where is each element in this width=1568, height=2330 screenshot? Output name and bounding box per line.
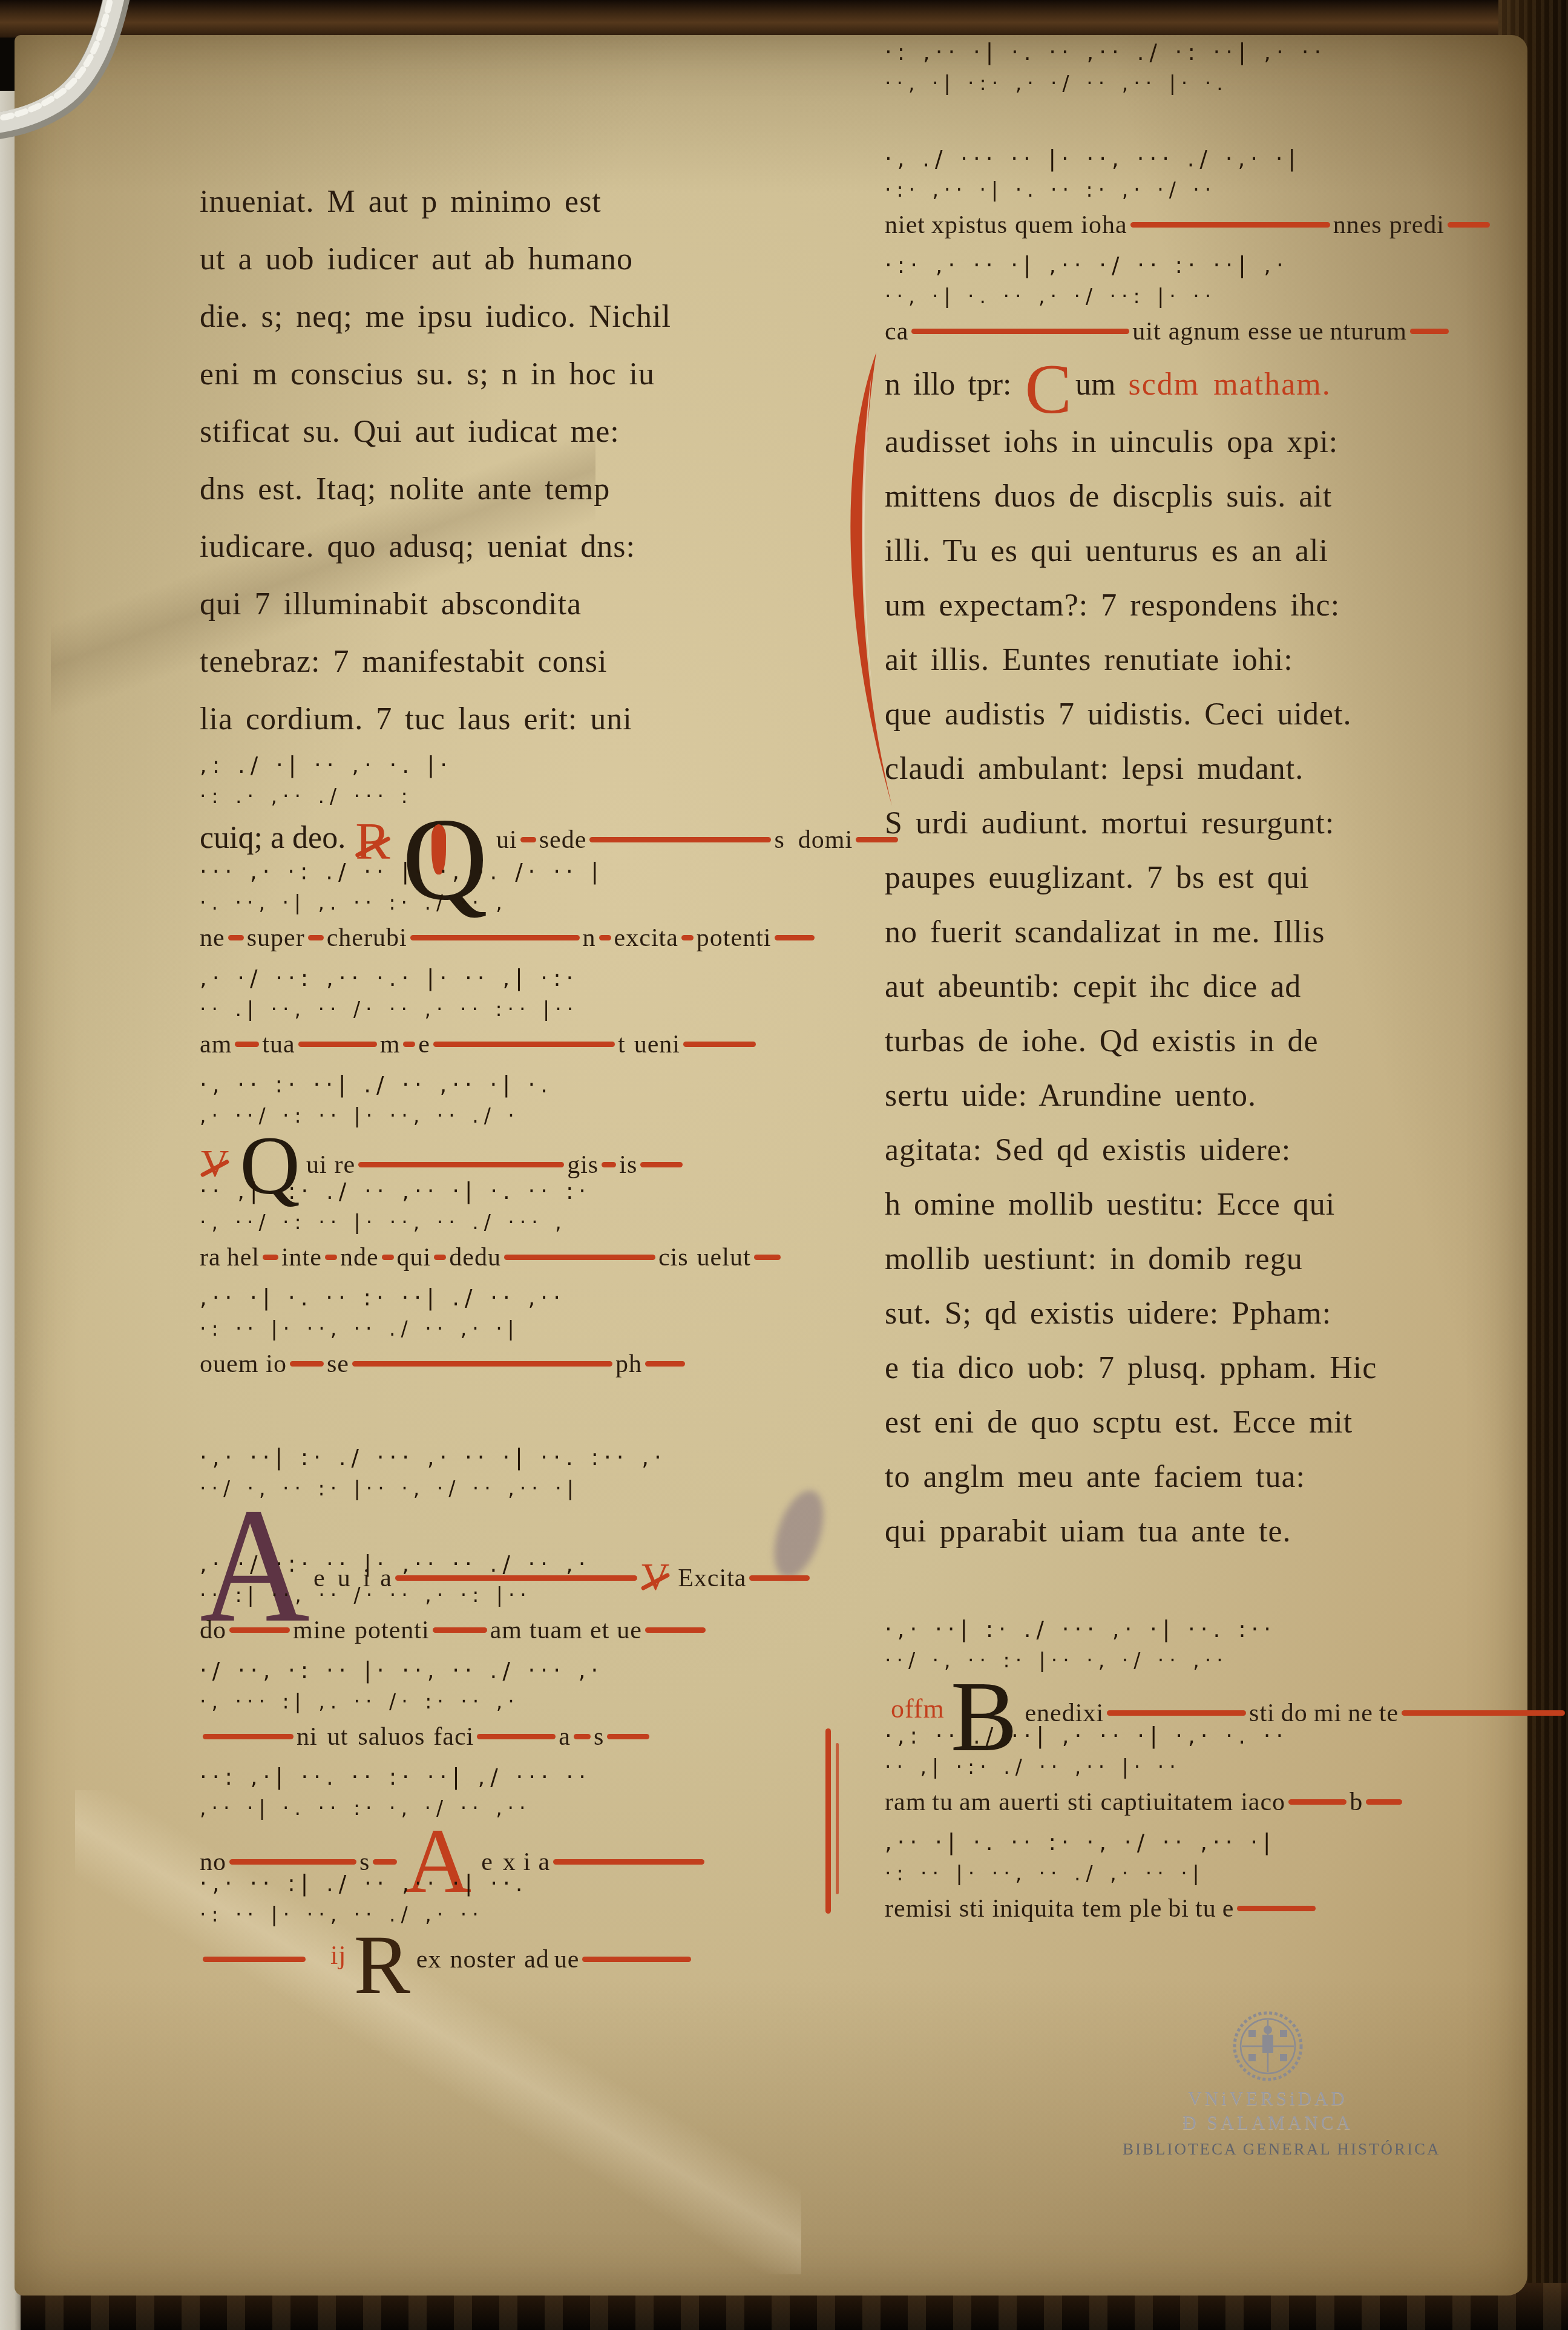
staff-extender-line [645,1627,706,1633]
manuscript-text-line: ut a uob iudicer aut ab humano [200,231,834,288]
neumes-row: ·, ··/ ·: ·· |· ··, ·· ./ ··· , [200,1209,834,1239]
chant-syllable: ph [615,1350,642,1378]
chant-system: ·,· ··| :· ./ ··· ,· ·· ·| ··. :·· ,· ··… [200,1387,834,1547]
chant-syllable: faci [433,1723,474,1751]
spacing-gap [985,1915,992,1917]
right-text-column: ·: ,·· ·| ·. ·· ,·· ./ ·: ··| ,· ·· ··, … [885,35,1514,1932]
manuscript-text-line: e tia dico uob: 7 plusq. ppham. Hic [885,1341,1514,1396]
chant-syllable: tu [1195,1895,1216,1923]
staff-extender-line [410,935,580,940]
staff-extender-line [290,1361,324,1367]
stamp-university-name-2: Đ SALAMANCA [1123,2112,1413,2134]
chant-syllable-line: cuiq; a deo.RQuisedesdomi [200,813,834,855]
chant-system: ··: ,·| ··. ·· :· ··| ,/ ··· ·· ,·· ·| ·… [200,1760,834,1866]
stamp-university-name: VNiVERSiDAD [1123,2088,1413,2110]
neumes-row: ·· ,| ·:· ./ ·· ,·· |· ·· [885,1754,1514,1784]
neumes-row: ·: .· ,·· ./ ··· : [200,783,834,813]
manuscript-text-line: agitata: Sed qd existis uidere: [885,1123,1514,1178]
manuscript-text-line: sertu uide: Arundine uento. [885,1069,1514,1123]
chant-syllable: iaco [1241,1788,1285,1816]
university-seal-icon [1232,2010,1304,2082]
library-stamp: VNiVERSiDAD Đ SALAMANCA BIBLIOTECA GENER… [1123,2010,1413,2159]
staff-extender-line [683,1042,756,1047]
chant-syllable: ui [496,826,517,854]
chant-syllable: tem [1082,1895,1122,1923]
chant-system: ·:· ,· ·· ·| ,·· ·/ ·· :· ··| ,· ··, ·| … [885,248,1514,355]
chant-syllable: ram [885,1788,926,1816]
chant-syllable: potenti [697,924,772,952]
chant-syllable: cherubi [327,924,407,952]
manuscript-text-line: est eni de quo scptu est. Ecce mit [885,1396,1514,1450]
chant-syllable: ca [885,318,908,346]
manuscript-text-line: h omine mollib uestitu: Ecce qui [885,1178,1514,1232]
staff-extender-line [1130,222,1330,228]
neumes-row: ·: ·· |· ··, ·· ./ ·· ,· ·| [200,1316,834,1346]
staff-extender-line [754,1255,781,1260]
spacing-gap [953,1809,959,1810]
chant-syllable: e [418,1031,430,1058]
chant-syllable: nturum [1330,318,1407,346]
manuscript-text-line: mittens duos de discplis suis. ait [885,470,1514,524]
chant-syllable: esse [1248,318,1293,346]
neumes-row: ,· ·/ ··: ,·· ·.· |· ·· ,| ·:· [200,961,834,996]
neumes-row: ·:· ,· ·· ·| ,·· ·/ ·· :· ··| ,· [885,248,1514,283]
manuscript-text-line: to anglm meu ante faciem tua: [885,1450,1514,1505]
neumes-row: ·, ·· :· ··| ./ ·· ,·· ·| ·. [200,1068,834,1103]
staff-extender-line [477,1734,556,1739]
chant-syllable-line: ramtuamauertisticaptiuitatemiacob [885,1784,1514,1825]
chant-syllable: ex [416,1946,442,1974]
chant-syllable-line: cauitagnumesseuenturum [885,313,1514,355]
chant-syllable: tua [262,1031,295,1058]
chant-syllable: ple [1129,1895,1162,1923]
column-end-filler-line [836,1743,839,1894]
spacing-gap [442,1966,450,1967]
manuscript-text-line: lia cordium. 7 tuc laus erit: uni [200,691,834,748]
decorated-initial-r: R [353,1932,410,1998]
chant-syllable-line: AeuiaVExcita [200,1506,834,1547]
staff-extender-line [602,1162,616,1167]
chant-syllable: am [200,1031,232,1058]
neumes-row: ·: ·· |· ··, ·· ./ ,· ·· ·| [885,1860,1514,1891]
staff-extender-line [1448,222,1490,228]
manuscript-text-line: dns est. Itaq; nolite ante temp [200,461,834,518]
chant-syllable: sti [959,1895,985,1923]
neumes-row: ·,· ··| :· ./ ··· ,· ·· ·| ··. :·· ,· [200,1440,834,1475]
spacing-gap [1241,338,1248,340]
manuscript-text-line: paupes euuglizant. 7 bs est qui [885,851,1514,905]
chant-syllable: nnes [1333,211,1382,239]
chant-syllable: agnum [1169,318,1241,346]
chant-syllable: ue [617,1616,642,1644]
neumes-row: ·,· ··| :· ./ ··· ,· ·| ··. :·· [885,1612,1514,1647]
staff-extender-line [1402,1710,1565,1716]
chant-syllable-line: dominepotentiamtuametue [200,1612,834,1653]
neumes-row: ·/ ··, ·: ·· |· ··, ·· ./ ··· ,· [200,1653,834,1688]
chant-syllable: ouem [200,1350,258,1378]
chant-syllable-line: nietxpistusquemiohannespredi [885,207,1514,248]
staff-extender-line [403,1042,415,1047]
chant-syllable: b [1350,1788,1363,1816]
chant-syllable: sede [539,826,587,854]
spacing-gap [689,1264,697,1265]
chant-system: ··· ,· ·: ./ ·· |· ·, ·. /· ·· | ·. ··, … [200,855,834,961]
staff-extender-line [1237,1906,1316,1911]
neumes-row: ··: ,·| ··. ·· :· ··| ,/ ··· ·· [200,1760,834,1795]
staff-extender-line [298,1042,377,1047]
chant-syllable: ni [297,1723,318,1751]
chant-system: ,·· ·| ·. ·· :· ··| ./ ·· ,·· ·: ·· |· ·… [200,1281,834,1387]
prose-prefix: cuiq; a deo. [200,821,346,855]
initial-c-rubric: C [1025,369,1072,412]
chant-syllable: am [959,1788,991,1816]
spacing-gap [327,1172,335,1173]
spacing-gap [1233,1809,1241,1810]
manuscript-text-line: iudicare. quo adusq; ueniat dns: [200,518,834,576]
chant-syllable-line: nesupercherubinexcitapotenti [200,920,834,961]
spacing-gap [258,1371,266,1372]
manuscript-text-line: stificat su. Qui aut iudicat me: [200,403,834,461]
manuscript-text-line: ait illis. Euntes renutiate iohi: [885,633,1514,688]
neumes-row: ,: ./ ·| ·· ,· ·. |· [200,748,834,783]
chant-system: ·/ ··, ·: ·· |· ··, ·· ./ ··· ,· ·, ··· … [200,1653,834,1760]
chant-syllable: s [594,1723,604,1751]
chant-system: ,· ·/ ·:· ·· |· ,·· ·· ./ ·· ,· ·· :| ··… [200,1547,834,1653]
chant-syllable: iniquita [992,1895,1075,1923]
chant-syllable: uit [1132,318,1161,346]
neumes-row: ,·· ·| ·. ·· :· ·, ·/ ·· ,·· ·| [885,1825,1514,1860]
neumes-row: ,· ·/ ·:· ·· |· ,·· ·· ./ ·· ,· [200,1547,834,1582]
chant-syllable: niet [885,211,925,239]
chant-syllable: inte [281,1244,322,1272]
spacing-gap [626,1051,634,1052]
manuscript-text-line: claudi ambulant: lepsi mudant. [885,742,1514,796]
spacing-gap [925,232,931,233]
chant-syllable-line: rahelintendequideducisuelut [200,1239,834,1281]
spacing-gap [1094,1809,1101,1810]
neumes-row: ·. ··, ·| ,. ·· :· ./ ·· , [200,890,834,920]
manuscript-text-line: die. s; neq; me ipsu iudico. Nichil [200,288,834,346]
chant-syllable: xpistus [931,211,1008,239]
chant-syllable: auerti [999,1788,1060,1816]
staff-extender-line [1288,1799,1347,1805]
staff-extender-line [582,1957,691,1962]
staff-extender-line [433,1627,487,1633]
neumes-row: ··, ·| ·:· ,· ·/ ·· ,·· |· ·. [885,70,1514,100]
spacing-gap [1060,1809,1068,1810]
chant-system: ·: ,·· ·| ·. ·· ,·· ./ ·: ··| ,· ·· ··, … [885,35,1514,142]
neumes-row: ·, ./ ··· ·· |· ··, ··· ./ ·,· ·| [885,142,1514,177]
spacing-gap [583,1637,590,1638]
incipit-text: um [1075,367,1128,402]
spacing-gap [926,1809,932,1810]
chant-syllable: excita [614,924,678,952]
spacing-gap [516,1966,524,1967]
spacing-gap [309,1966,324,1967]
neumes-row: ,·· ·| ·. ·· :· ··| ./ ·· ,·· [200,1281,834,1316]
manuscript-text-line: eni m conscius su. s; n in hoc iu [200,346,834,403]
chant-syllable: t [618,1031,626,1058]
staff-extender-line [352,1361,612,1367]
spacing-gap [318,1744,327,1745]
chant-syllable: do [200,1616,226,1644]
chant-syllable: predi [1389,211,1445,239]
chant-syllable: remisi [885,1895,952,1923]
chant-syllable: captiuitatem [1101,1788,1234,1816]
chant-system: ,: ./ ·| ·· ,· ·. |· ·: .· ,·· ./ ··· :c… [200,748,834,855]
chant-syllable: tu [932,1788,953,1816]
staff-extender-line [358,1162,564,1167]
neumes-row: ·· :| ··, ·· /· ·· ,· ·: |·· [200,1582,834,1612]
chant-syllable: am [490,1616,522,1644]
manuscript-text-line: aut abeuntib: cepit ihc dice ad [885,960,1514,1014]
staff-extender-line [203,1734,294,1739]
manuscript-photo: { "page_type": "Medieval chant manuscrip… [0,0,1568,2330]
spacing-gap [952,1915,959,1917]
staff-extender-line [599,935,611,940]
chant-syllable: io [266,1350,287,1378]
manuscript-text-line: qui pparabit uiam tua ante te. [885,1505,1514,1559]
chant-syllable: s [774,826,784,854]
chant-syllable: hel [227,1244,260,1272]
prose-paragraph: audisset iohs in uinculis opa xpi:mitten… [885,415,1514,1559]
chant-system: ,· ·/ ··: ,·· ·.· |· ·· ,| ·:· ·· .| ··,… [200,961,834,1068]
chant-syllable: uelut [697,1244,751,1272]
chant-syllable: tuam [530,1616,583,1644]
neumes-row: ·· ,| ·:· ./ ·· ,·· ·| ·. ·· :· [200,1174,834,1209]
chant-syllable: ioha [1081,211,1127,239]
chant-syllable: e [1222,1895,1235,1923]
chant-system: ·,· ··| :· ./ ··· ,· ·| ··. :·· ··/ ·, ·… [885,1559,1514,1719]
chant-syllable: nde [340,1244,379,1272]
staff-extender-line [1107,1710,1246,1716]
spacing-gap [1293,338,1299,340]
chant-syllable: ne [200,924,225,952]
prose-paragraph: inueniat. M aut p minimo estut a uob iud… [200,173,834,748]
staff-extender-line [520,837,536,842]
stamp-library-name: BIBLIOTECA GENERAL HISTÓRICA [1123,2140,1413,2159]
spacing-gap [1162,1915,1168,1917]
spacing-gap [348,1744,358,1745]
spacing-gap [425,1744,433,1745]
spacing-gap [346,1637,355,1638]
spacing-gap [1189,1915,1195,1917]
neumes-row: ·: ,·· ·| ·. ·· ,·· ./ ·: ··| ,· ·· [885,35,1514,70]
spacing-gap [549,1966,554,1967]
staff-extender-line [775,935,815,940]
chant-syllable: saluos [358,1723,425,1751]
staff-extender-line [203,1957,306,1962]
chant-syllable: potenti [355,1616,430,1644]
chant-syllable: dedu [449,1244,501,1272]
spacing-gap [221,1264,227,1265]
neumes-row: ··· ,· ·: ./ ·· |· ·, ·. /· ·· | [200,855,834,890]
staff-extender-line [229,1627,290,1633]
staff-extender-line [235,1042,259,1047]
chant-syllable: ra [200,1244,221,1272]
chant-syllable-line: remisistiiniquitatemplebitue [885,1891,1514,1932]
manuscript-text-line: tenebraz: 7 manifestabit consi [200,633,834,691]
staff-extender-line [325,1255,337,1260]
chant-system: ,·· ·| ·. ·· :· ·, ·/ ·· ,·· ·| ·: ·· |·… [885,1825,1514,1932]
spacing-gap [1075,1915,1082,1917]
neumes-row: ·: ·· |· ··, ·· ./ ,· ·· [200,1902,834,1932]
staff-extender-line [640,1162,683,1167]
neumes-row: ·:· ,·· ·| ·. ·· :· ,· ·/ ·· [885,177,1514,207]
manuscript-text-line: illi. Tu es qui uenturus es an ali [885,524,1514,579]
staff-extender-line [382,1255,394,1260]
chant-syllable: super [247,924,305,952]
rubric-abbreviation: ij [330,1940,346,1970]
chant-syllable: cis [658,1244,689,1272]
manuscript-text-line: inueniat. M aut p minimo est [200,173,834,231]
manuscript-text-line: S urdi audiunt. mortui resurgunt: [885,796,1514,851]
chant-syllable-line: offmBenedixistidomineter [885,1678,1514,1719]
chant-system: ·, ·· :· ··| ./ ·· ,·· ·| ·. ,· ··/ ·: ·… [200,1068,834,1174]
chant-syllable-line: amtuametueni [200,1026,834,1068]
spacing-gap [1122,1915,1129,1917]
staff-extender-line [433,1042,615,1047]
chant-syllable: et [590,1616,609,1644]
chant-system: ·, ./ ··· ·· |· ··, ··· ./ ·,· ·| ·:· ,·… [885,142,1514,248]
chant-syllable: ue [554,1946,580,1974]
neumes-row: ·, ··· :| ,. ·· /· :· ·· ,· [200,1688,834,1719]
manuscript-text-line: um expectam?: 7 respondens ihc: [885,579,1514,633]
spacing-gap [609,1637,617,1638]
spacing-gap [1161,338,1169,340]
chant-syllable: ue [1299,318,1324,346]
spacing-gap [1216,1915,1222,1917]
gospel-incipit-line: n illo tpr:Cum scdm matham. [885,355,1514,415]
spacing-gap [1324,338,1330,340]
neumes-row: ·,· ·· :| ./ ·· ,·· ·| ··. [200,1866,834,1902]
incipit-text: n illo tpr: [885,367,1012,402]
chant-syllable: ut [327,1723,349,1751]
staff-extender-line [681,935,694,940]
spacing-gap [522,1637,530,1638]
spacing-gap [991,1809,999,1810]
chant-syllable: se [327,1350,349,1378]
chant-syllable: ad [524,1946,549,1974]
staff-extender-line [504,1255,655,1260]
chant-syllable-line [885,100,1514,142]
neumes-row: ··, ·| ·. ·· ,· ·/ ··: |· ·· [885,283,1514,313]
chant-syllable-line: niutsaluosfacias [200,1719,834,1760]
manuscript-text-line: no fuerit scandalizat in me. Illis [885,905,1514,960]
chant-syllable: n [583,924,596,952]
manuscript-text-line: turbas de iohe. Qd existis in de [885,1014,1514,1069]
chant-syllable: m [380,1031,401,1058]
chant-system: ·,: ·· ./ ··| ,· ·· ·| ·,· ·. ·· ·· ,| ·… [885,1719,1514,1825]
staff-extender-line [1410,329,1449,334]
manuscript-text-line: sut. S; qd existis uidere: Ppham: [885,1287,1514,1341]
chant-syllable: quem [1015,211,1074,239]
spacing-gap [1008,232,1015,233]
staff-extender-line [1366,1799,1402,1805]
manuscript-text-line: que audistis 7 uidistis. Ceci uidet. [885,688,1514,742]
spacing-gap [1382,232,1389,233]
chant-syllable: mine [293,1616,346,1644]
spacing-gap [1074,232,1081,233]
neumes-row: ,·· ·| ·. ·· :· ·, ·/ ·· ,·· [200,1795,834,1825]
chant-syllable-line: ijRexnosteradue [200,1932,834,1973]
manuscript-text-line: mollib uestiunt: in domib regu [885,1232,1514,1287]
chant-system: ·· ,| ·:· ./ ·· ,·· ·| ·. ·· :· ·, ··/ ·… [200,1174,834,1281]
staff-extender-line [645,1361,685,1367]
staff-extender-line [553,1859,704,1865]
chant-syllable: domi [798,826,853,854]
staff-extender-line [229,1859,356,1865]
neumes-row: ·,: ·· ./ ··| ,· ·· ·| ·,· ·. ·· [885,1719,1514,1754]
chant-syllable: a [559,1723,571,1751]
staff-extender-line [228,935,244,940]
chant-syllable: qui [397,1244,431,1272]
spacing-gap [785,847,798,848]
chant-syllable-line: ouemioseph [200,1346,834,1387]
neumes-row: ·· .| ··, ·· /· ·· ,· ·· :·· |·· [200,996,834,1026]
staff-extender-line [373,1859,397,1865]
chant-syllable: sti [1068,1788,1094,1816]
staff-extender-line [434,1255,446,1260]
chant-syllable-line: VQuiregisis [200,1133,834,1174]
left-text-column: inueniat. M aut p minimo estut a uob iud… [200,173,834,1973]
staff-extender-line [263,1255,278,1260]
staff-extender-line [574,1734,591,1739]
staff-extender-line [911,329,1129,334]
manuscript-text-line: audisset iohs in uinculis opa xpi: [885,415,1514,470]
chant-syllable: bi [1168,1895,1189,1923]
chant-syllable: noster [450,1946,516,1974]
chant-syllable: ueni [634,1031,680,1058]
staff-extender-line [589,837,771,842]
staff-extender-line [607,1734,649,1739]
manuscript-text-line: qui 7 illuminabit abscondita [200,576,834,633]
rubric-secundum-matheum: scdm matham. [1128,367,1331,402]
staff-extender-line [308,935,324,940]
chant-system: ·,· ·· :| ./ ·· ,·· ·| ··. ·: ·· |· ··, … [200,1866,834,1973]
chant-syllable-line: nosAexia [200,1825,834,1866]
